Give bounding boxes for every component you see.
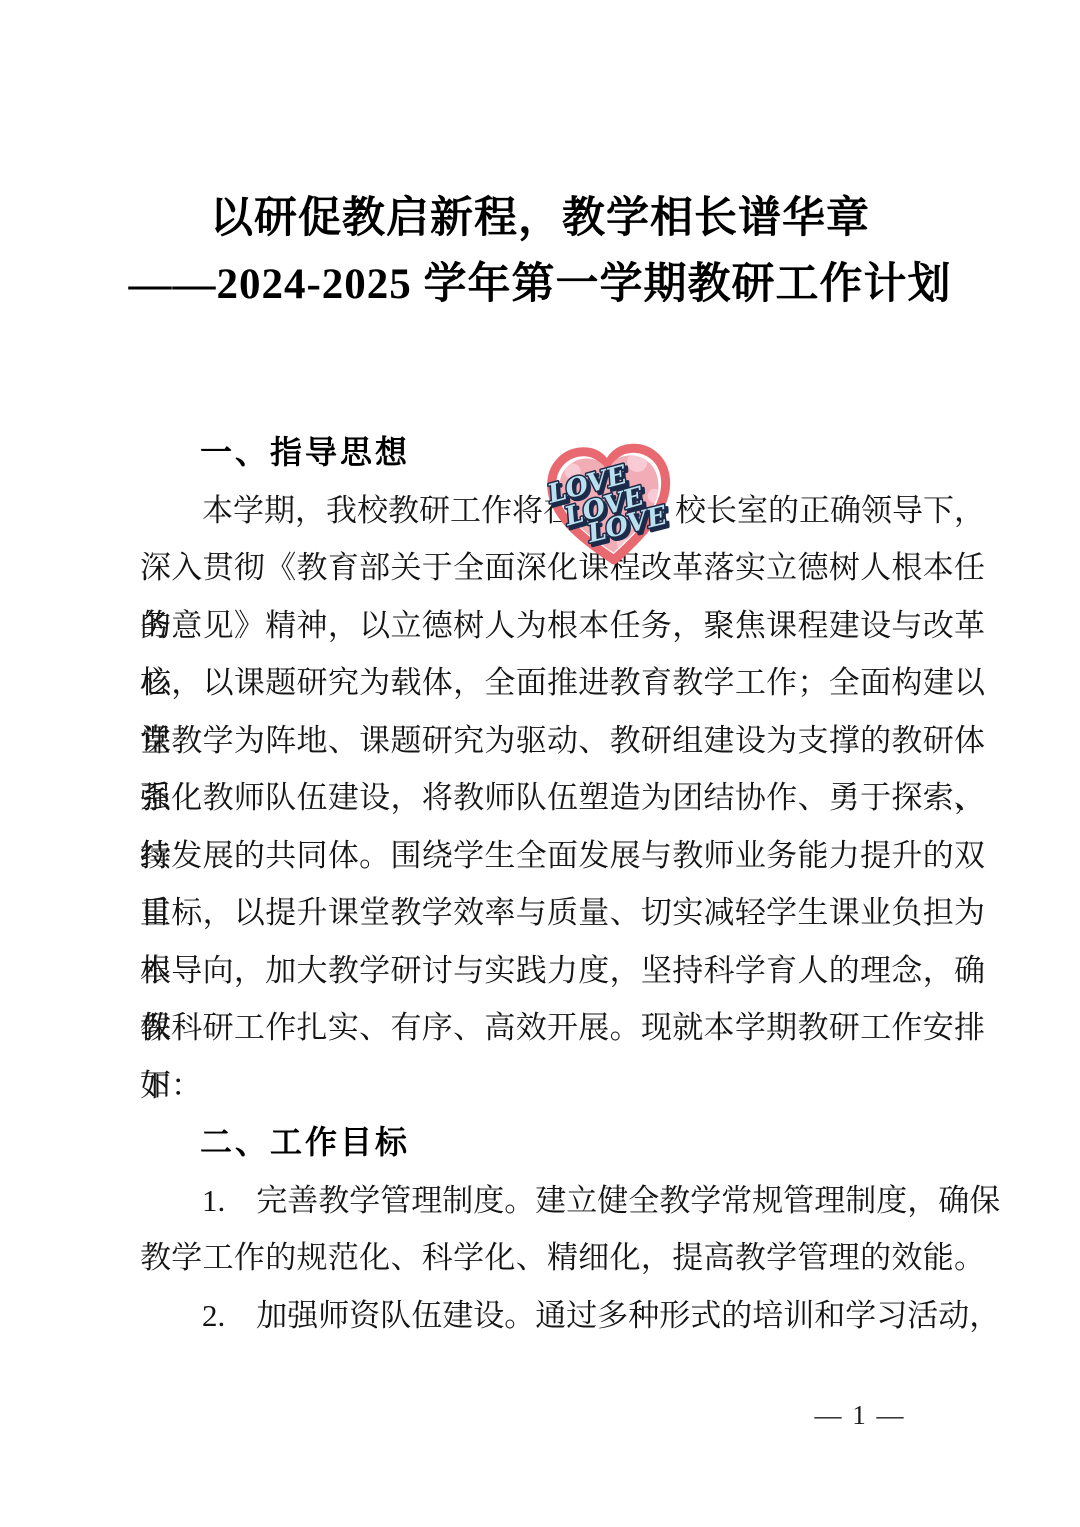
paragraph1-line7: 续发展的共同体。围绕学生全面发展与教师业务能力提升的双重 — [140, 827, 985, 885]
paragraph1-line3: 的意见》精神，以立德树人为根本任务，聚焦课程建设与改革核 — [140, 597, 985, 655]
page-number: — 1 — — [760, 1400, 960, 1431]
item1-line2: 教学工作的规范化、科学化、精细化，提高教学管理的效能。 — [140, 1229, 985, 1287]
paragraph1-line5: 堂教学为阵地、课题研究为驱动、教研组建设为支撑的教研体系， — [140, 712, 985, 770]
paragraph1-line8: 目标，以提升课堂教学效率与质量、切实减轻学生课业负担为根 — [140, 884, 985, 942]
paragraph1-line10: 教科研工作扎实、有序、高效开展。现就本学期教研工作安排如 — [140, 999, 985, 1057]
document-title: 以研促教启新程，教学相长谱华章 ——2024-2025 学年第一学期教研工作计划 — [0, 186, 1080, 318]
title-line-1: 以研促教启新程，教学相长谱华章 — [0, 186, 1080, 252]
paragraph1-line1-pre: 本学期，我校教研工作将在 — [202, 482, 574, 540]
section-heading-2: 二、工作目标 — [140, 1114, 985, 1172]
document-page: 以研促教启新程，教学相长谱华章 ——2024-2025 学年第一学期教研工作计划… — [0, 0, 1080, 1527]
title-line-2: ——2024-2025 学年第一学期教研工作计划 — [0, 252, 1080, 318]
love-heart-sticker: LOVE LOVE LOVE — [543, 440, 677, 571]
paragraph1-line1-post: 校长室的正确领导下， — [675, 482, 985, 540]
paragraph1-line9: 本导向，加大教学研讨与实践力度，坚持科学育人的理念，确保 — [140, 942, 985, 1000]
paragraph1-line6: 强化教师队伍建设，将教师队伍塑造为团结协作、勇于探索、持 — [140, 769, 985, 827]
item2-line1: 2. 加强师资队伍建设。通过多种形式的培训和学习活动， — [140, 1287, 985, 1345]
item1-line1: 1. 完善教学管理制度。建立健全教学常规管理制度，确保 — [140, 1172, 985, 1230]
paragraph1-line4: 心，以课题研究为载体，全面推进教育教学工作；全面构建以课 — [140, 654, 985, 712]
paragraph1-line11: 下： — [140, 1057, 985, 1115]
